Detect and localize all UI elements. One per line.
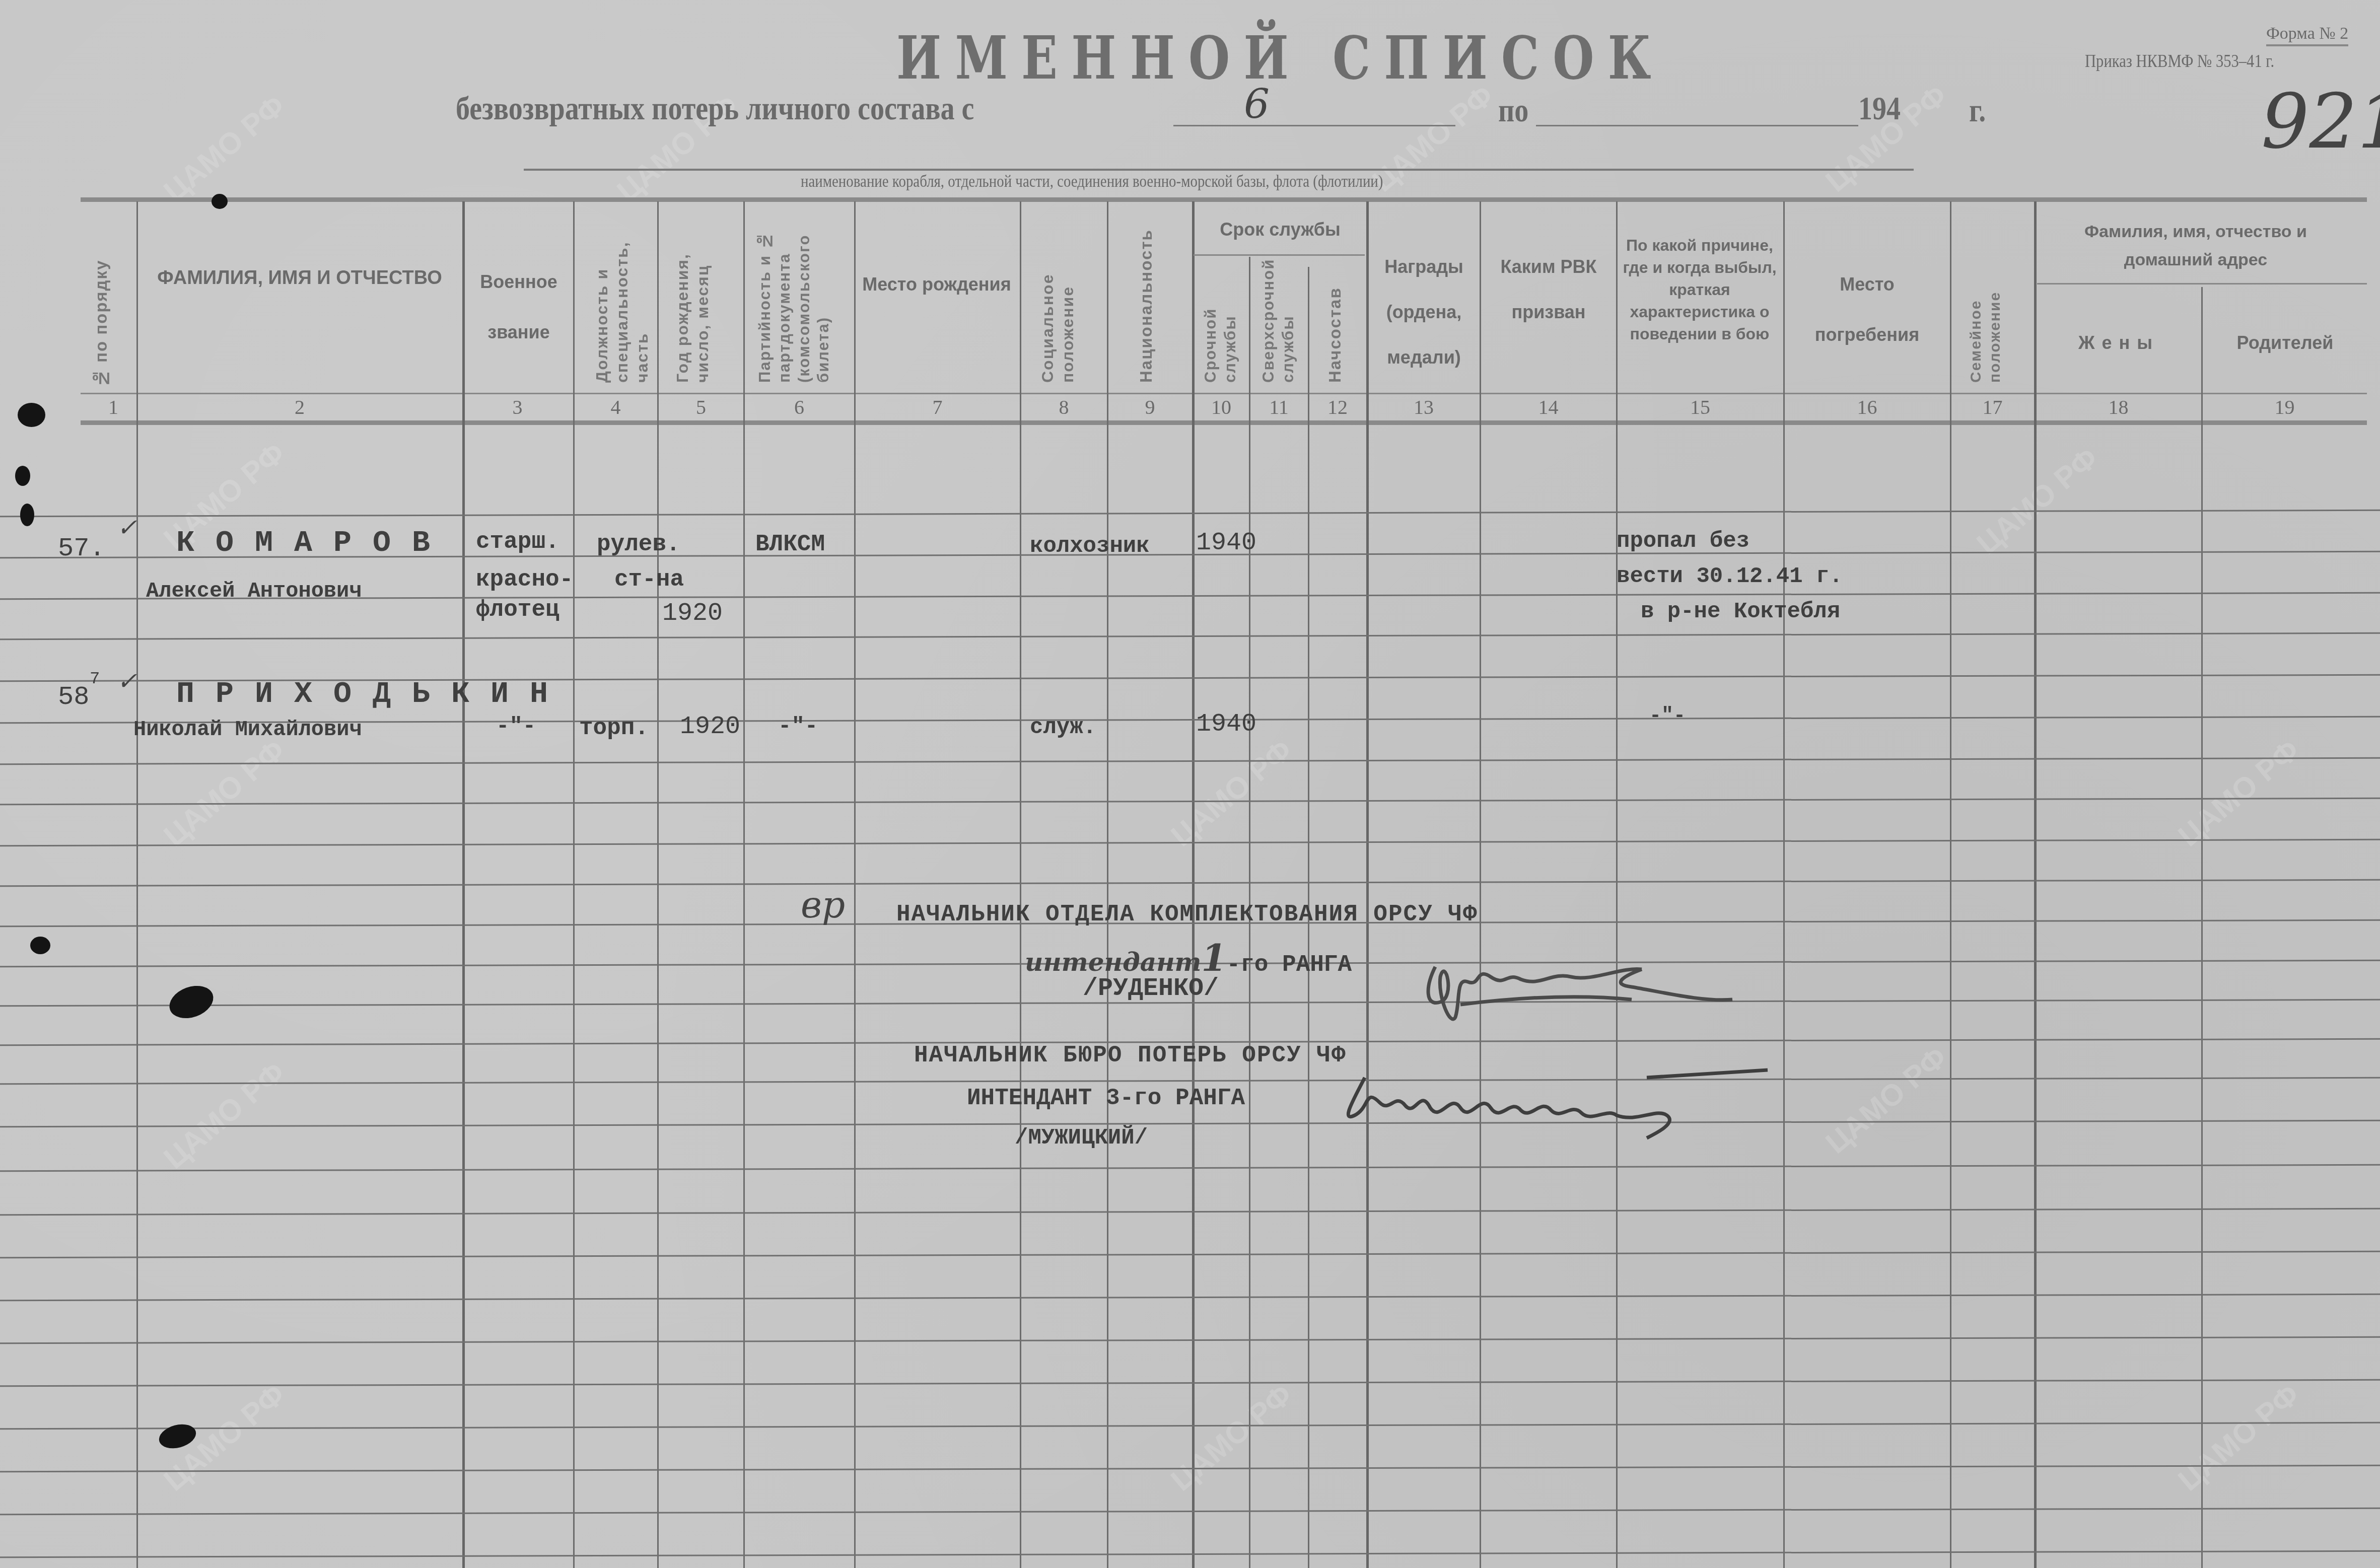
reason: вести 30.12.41 г. <box>1617 564 1843 589</box>
position: торп. <box>579 715 649 741</box>
col-divider <box>2201 287 2203 1568</box>
service-since: 1940 <box>1196 710 1256 739</box>
signatory-name: /МУЖИЦКИЙ/ <box>1015 1125 1148 1151</box>
col-header-3: Военное звание <box>466 257 572 358</box>
ink-blot <box>30 937 50 954</box>
ink-blot <box>165 980 218 1024</box>
row-rule <box>0 1251 2380 1258</box>
ink-blot <box>20 504 34 526</box>
rank-handwritten: интендант <box>1025 947 1202 977</box>
col-header-17: Семейное положение <box>1967 292 2017 383</box>
date-from-line <box>1173 125 1455 126</box>
col-header-14: Каким РВК призван <box>1483 244 1614 335</box>
col-header-9: Национальность <box>1136 242 1156 383</box>
order-reference: Приказ НКВМФ № 353–41 г. <box>2085 50 2274 72</box>
col-number: 11 <box>1250 395 1308 419</box>
given-names: Алексей Антонович <box>146 579 362 603</box>
social-status: колхозник <box>1030 534 1150 559</box>
service-since: 1940 <box>1196 529 1256 557</box>
check-mark-icon: ✓ <box>117 514 137 542</box>
row-rule <box>0 1508 2380 1515</box>
row-rule <box>0 1422 2380 1430</box>
watermark: ЦАМО РФ <box>2172 733 2306 853</box>
ink-blot <box>15 466 30 486</box>
position: ст-на <box>614 566 684 593</box>
page-title: ИМЕННОЙ СПИСОК <box>896 23 1665 93</box>
surname: КОМАРОВ <box>176 526 451 560</box>
watermark: ЦАМО РФ <box>157 88 292 209</box>
unit-name-line <box>524 169 1914 171</box>
handwritten-signature-2 <box>1335 1067 1813 1143</box>
col-number: 14 <box>1481 395 1616 419</box>
col-number: 3 <box>463 395 572 419</box>
social-status: служ. <box>1030 715 1096 740</box>
watermark: ЦАМО РФ <box>2172 1377 2306 1498</box>
col-number: 18 <box>2036 395 2201 419</box>
rank: красно- <box>476 566 573 593</box>
col-header-2: ФАМИЛИЯ, ИМЯ И ОТЧЕСТВО <box>141 254 458 302</box>
ink-blot <box>18 403 45 427</box>
subtitle-prefix: безвозвратных потерь личного состава с <box>456 90 974 128</box>
rank-number: 1 <box>1202 937 1227 979</box>
ink-blot <box>212 194 228 209</box>
signatory-name: /РУДЕНКО/ <box>1083 974 1219 1003</box>
surname: ПРИХОДЬКИН <box>176 677 569 711</box>
party: -"- <box>778 714 818 739</box>
col-number: 19 <box>2202 395 2367 419</box>
watermark: ЦАМО РФ <box>1164 1377 1299 1498</box>
rank: флотец <box>476 597 559 623</box>
service-term-group-rule <box>1194 254 1365 256</box>
col-number: 10 <box>1194 395 1249 419</box>
col-number: 5 <box>658 395 744 419</box>
date-to-line <box>1536 125 1858 126</box>
row-rule <box>0 1208 2380 1216</box>
check-mark-icon: ✓ <box>117 667 137 695</box>
col-header-12: Начсостав <box>1324 295 1345 383</box>
party: ВЛКСМ <box>755 531 825 557</box>
row-rule <box>0 757 2380 765</box>
reason: в р-не Коктебля <box>1641 599 1840 624</box>
position: рулев. <box>597 531 680 557</box>
date-from-value: 6 <box>1244 81 1270 127</box>
col-header-7: Место рождения <box>856 259 1017 310</box>
signature-title: НАЧАЛЬНИК БЮРО ПОТЕРЬ ОРСУ ЧФ <box>914 1042 1347 1068</box>
col-number: 1 <box>91 395 136 419</box>
row-rule <box>0 1164 2380 1172</box>
row-rule <box>0 1379 2380 1387</box>
col-number: 16 <box>1784 395 1950 419</box>
address-group-rule <box>2037 283 2367 284</box>
row-rule <box>0 1550 2380 1558</box>
service-term-group-header: Срок службы <box>1195 217 1366 243</box>
row-rule <box>0 1120 2380 1127</box>
watermark: ЦАМО РФ <box>1970 441 2105 561</box>
birth-year: 1920 <box>680 712 740 741</box>
initials-mark: вр <box>801 884 845 926</box>
row-number: 57. <box>58 534 105 563</box>
row-number-superscript: 7 <box>90 670 100 689</box>
watermark: ЦАМО РФ <box>157 1055 292 1176</box>
col-header-5: Год рождения, число, месяц <box>672 252 723 383</box>
col-number: 6 <box>744 395 854 419</box>
header-bottom-rule <box>81 420 2367 425</box>
header-number-rule <box>81 393 2367 394</box>
signature-rank: интендант1-го РАНГА <box>1025 937 1352 979</box>
rank: -"- <box>496 714 536 739</box>
col-number: 8 <box>1021 395 1107 419</box>
form-number: Форма № 2 <box>2266 24 2348 46</box>
table-top-rule <box>81 197 2367 202</box>
signatory-rank: ИНТЕНДАНТ 3-го РАНГА <box>967 1085 1245 1111</box>
row-rule <box>0 1294 2380 1301</box>
col-number: 15 <box>1617 395 1783 419</box>
row-rule <box>0 879 2380 887</box>
col-number: 7 <box>855 395 1020 419</box>
col-header-16: Место погребения <box>1788 259 1946 360</box>
col-header-15: По какой причине, где и когда выбыл, кра… <box>1622 234 1778 345</box>
handwritten-signature-1 <box>1420 947 1873 1032</box>
row-rule <box>0 1336 2380 1344</box>
year-suffix: г. <box>1969 92 1986 130</box>
rank: старш. <box>476 529 559 555</box>
col-number: 13 <box>1368 395 1480 419</box>
page-number: 921 <box>2261 78 2380 166</box>
col-header-13: Награды (ордена, медали) <box>1370 244 1478 380</box>
row-number: 58 <box>58 682 89 712</box>
col-number: 9 <box>1108 395 1192 419</box>
watermark: ЦАМО РФ <box>1819 1040 1953 1161</box>
col-header-10: Срочной службы <box>1201 307 1241 383</box>
col-header-8: Социальное положение <box>1037 277 1088 383</box>
reason: -"- <box>1649 705 1686 728</box>
year-prefix: 194 <box>1858 90 1901 128</box>
document-page: ЦАМО РФ ЦАМО РФ ЦАМО РФ ЦАМО РФ ЦАМО РФ … <box>0 0 2380 1568</box>
given-names: Николай Михайлович <box>133 718 362 742</box>
col-header-11: Сверхсрочной службы <box>1259 262 1299 383</box>
col-number: 12 <box>1309 395 1366 419</box>
address-group-header: Фамилия, имя, отчество и домашний адрес <box>2045 218 2347 274</box>
watermark: ЦАМО РФ <box>1164 733 1299 853</box>
col-number: 4 <box>574 395 657 419</box>
col-header-4: Должность и специальность, часть <box>592 222 637 383</box>
col-header-18: Жены <box>2037 330 2201 356</box>
watermark: ЦАМО РФ <box>1366 78 1500 199</box>
col-header-1: № по порядку <box>91 242 111 388</box>
signature-title: НАЧАЛЬНИК ОТДЕЛА КОМПЛЕКТОВАНИЯ ОРСУ ЧФ <box>896 901 1478 928</box>
rank-suffix: -го РАНГА <box>1227 952 1352 978</box>
watermark: ЦАМО РФ <box>157 733 292 853</box>
date-to-label: по <box>1498 92 1528 130</box>
col-header-19: Родителей <box>2203 330 2367 356</box>
row-rule <box>0 632 2380 640</box>
reason: пропал без <box>1617 529 1749 554</box>
row-rule <box>0 1077 2380 1085</box>
unit-caption: наименование корабля, отдельной части, с… <box>801 172 1383 191</box>
col-number: 17 <box>1951 395 2034 419</box>
col-number: 2 <box>138 395 461 419</box>
col-header-6: Партийность и № партдокумента (комсомоль… <box>755 222 831 383</box>
birth-year: 1920 <box>662 599 723 628</box>
